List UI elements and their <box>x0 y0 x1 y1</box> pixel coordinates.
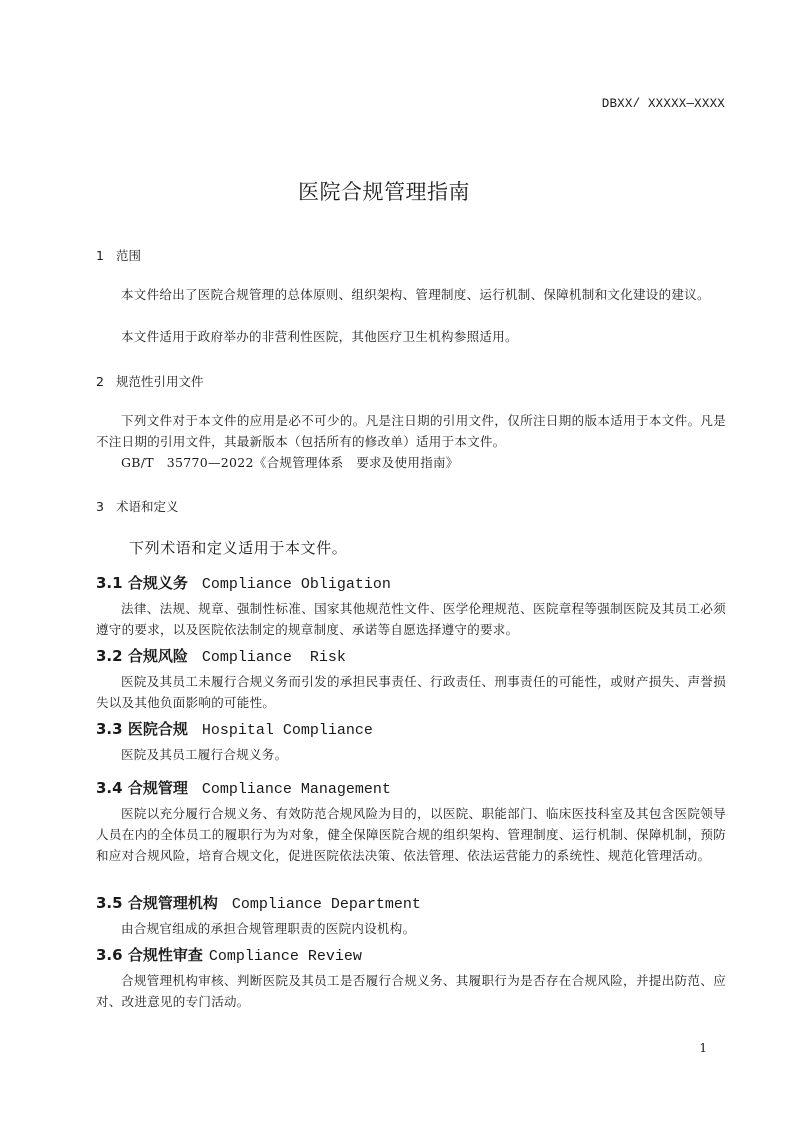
term-zh: 合规管理机构 <box>128 894 218 912</box>
document-title: 医院合规管理指南 <box>0 176 768 206</box>
term-number: 3.4 <box>96 779 123 797</box>
term-definition-3-1: 法律、法规、规章、强制性标准、国家其他规范性文件、医学伦理规范、医院章程等强制医… <box>96 598 726 640</box>
term-number: 3.5 <box>96 894 123 912</box>
referenced-standard: GB/T 35770—2022《合规管理体系 要求及使用指南》 <box>96 452 726 473</box>
term-zh: 合规义务 <box>128 574 188 592</box>
term-en: Compliance Risk <box>202 649 346 666</box>
term-heading-3-1: 3.1 合规义务Compliance Obligation <box>96 572 391 593</box>
scope-paragraph-2: 本文件适用于政府举办的非营利性医院，其他医疗卫生机构参照适用。 <box>96 326 726 347</box>
section-title: 规范性引用文件 <box>116 374 204 389</box>
term-definition-3-2: 医院及其员工未履行合规义务而引发的承担民事责任、行政责任、刑事责任的可能性，或财… <box>96 671 726 713</box>
term-heading-3-6: 3.6 合规性审查Compliance Review <box>96 944 362 965</box>
term-en: Compliance Management <box>202 781 391 798</box>
term-number: 3.1 <box>96 574 123 592</box>
page-number: 1 <box>0 1041 707 1055</box>
terms-lead: 下列术语和定义适用于本文件。 <box>96 537 347 558</box>
term-zh: 合规管理 <box>128 779 188 797</box>
term-zh: 合规风险 <box>128 647 188 665</box>
term-heading-3-3: 3.3 医院合规Hospital Compliance <box>96 718 373 739</box>
term-definition-3-6: 合规管理机构审核、判断医院及其员工是否履行合规义务、其履职行为是否存在合规风险，… <box>96 970 726 1012</box>
scope-paragraph-1: 本文件给出了医院合规管理的总体原则、组织架构、管理制度、运行机制、保障机制和文化… <box>96 284 726 305</box>
term-definition-3-3: 医院及其员工履行合规义务。 <box>96 744 726 765</box>
section-heading-scope: 1范围 <box>96 246 141 264</box>
section-heading-terms: 3术语和定义 <box>96 497 179 515</box>
references-paragraph: 下列文件对于本文件的应用是必不可少的。凡是注日期的引用文件，仅所注日期的版本适用… <box>96 410 726 452</box>
term-definition-3-4: 医院以充分履行合规义务、有效防范合规风险为目的，以医院、职能部门、临床医技科室及… <box>96 803 726 866</box>
section-number: 2 <box>96 374 116 389</box>
term-heading-3-4: 3.4 合规管理Compliance Management <box>96 777 391 798</box>
term-en: Compliance Obligation <box>202 576 391 593</box>
term-number: 3.2 <box>96 647 123 665</box>
term-en: Compliance Review <box>209 948 362 965</box>
term-heading-3-5: 3.5 合规管理机构Compliance Department <box>96 892 421 913</box>
term-heading-3-2: 3.2 合规风险Compliance Risk <box>96 645 346 666</box>
section-title: 术语和定义 <box>116 499 179 514</box>
term-zh: 合规性审查 <box>128 946 203 964</box>
section-heading-references: 2规范性引用文件 <box>96 372 204 390</box>
section-title: 范围 <box>116 248 141 263</box>
term-number: 3.3 <box>96 720 123 738</box>
term-definition-3-5: 由合规官组成的承担合规管理职责的医院内设机构。 <box>96 918 726 939</box>
section-number: 1 <box>96 248 116 263</box>
term-en: Compliance Department <box>232 896 421 913</box>
section-number: 3 <box>96 499 116 514</box>
term-en: Hospital Compliance <box>202 722 373 739</box>
term-zh: 医院合规 <box>128 720 188 738</box>
document-number: DBXX/ XXXXX—XXXX <box>0 97 725 111</box>
term-number: 3.6 <box>96 946 123 964</box>
